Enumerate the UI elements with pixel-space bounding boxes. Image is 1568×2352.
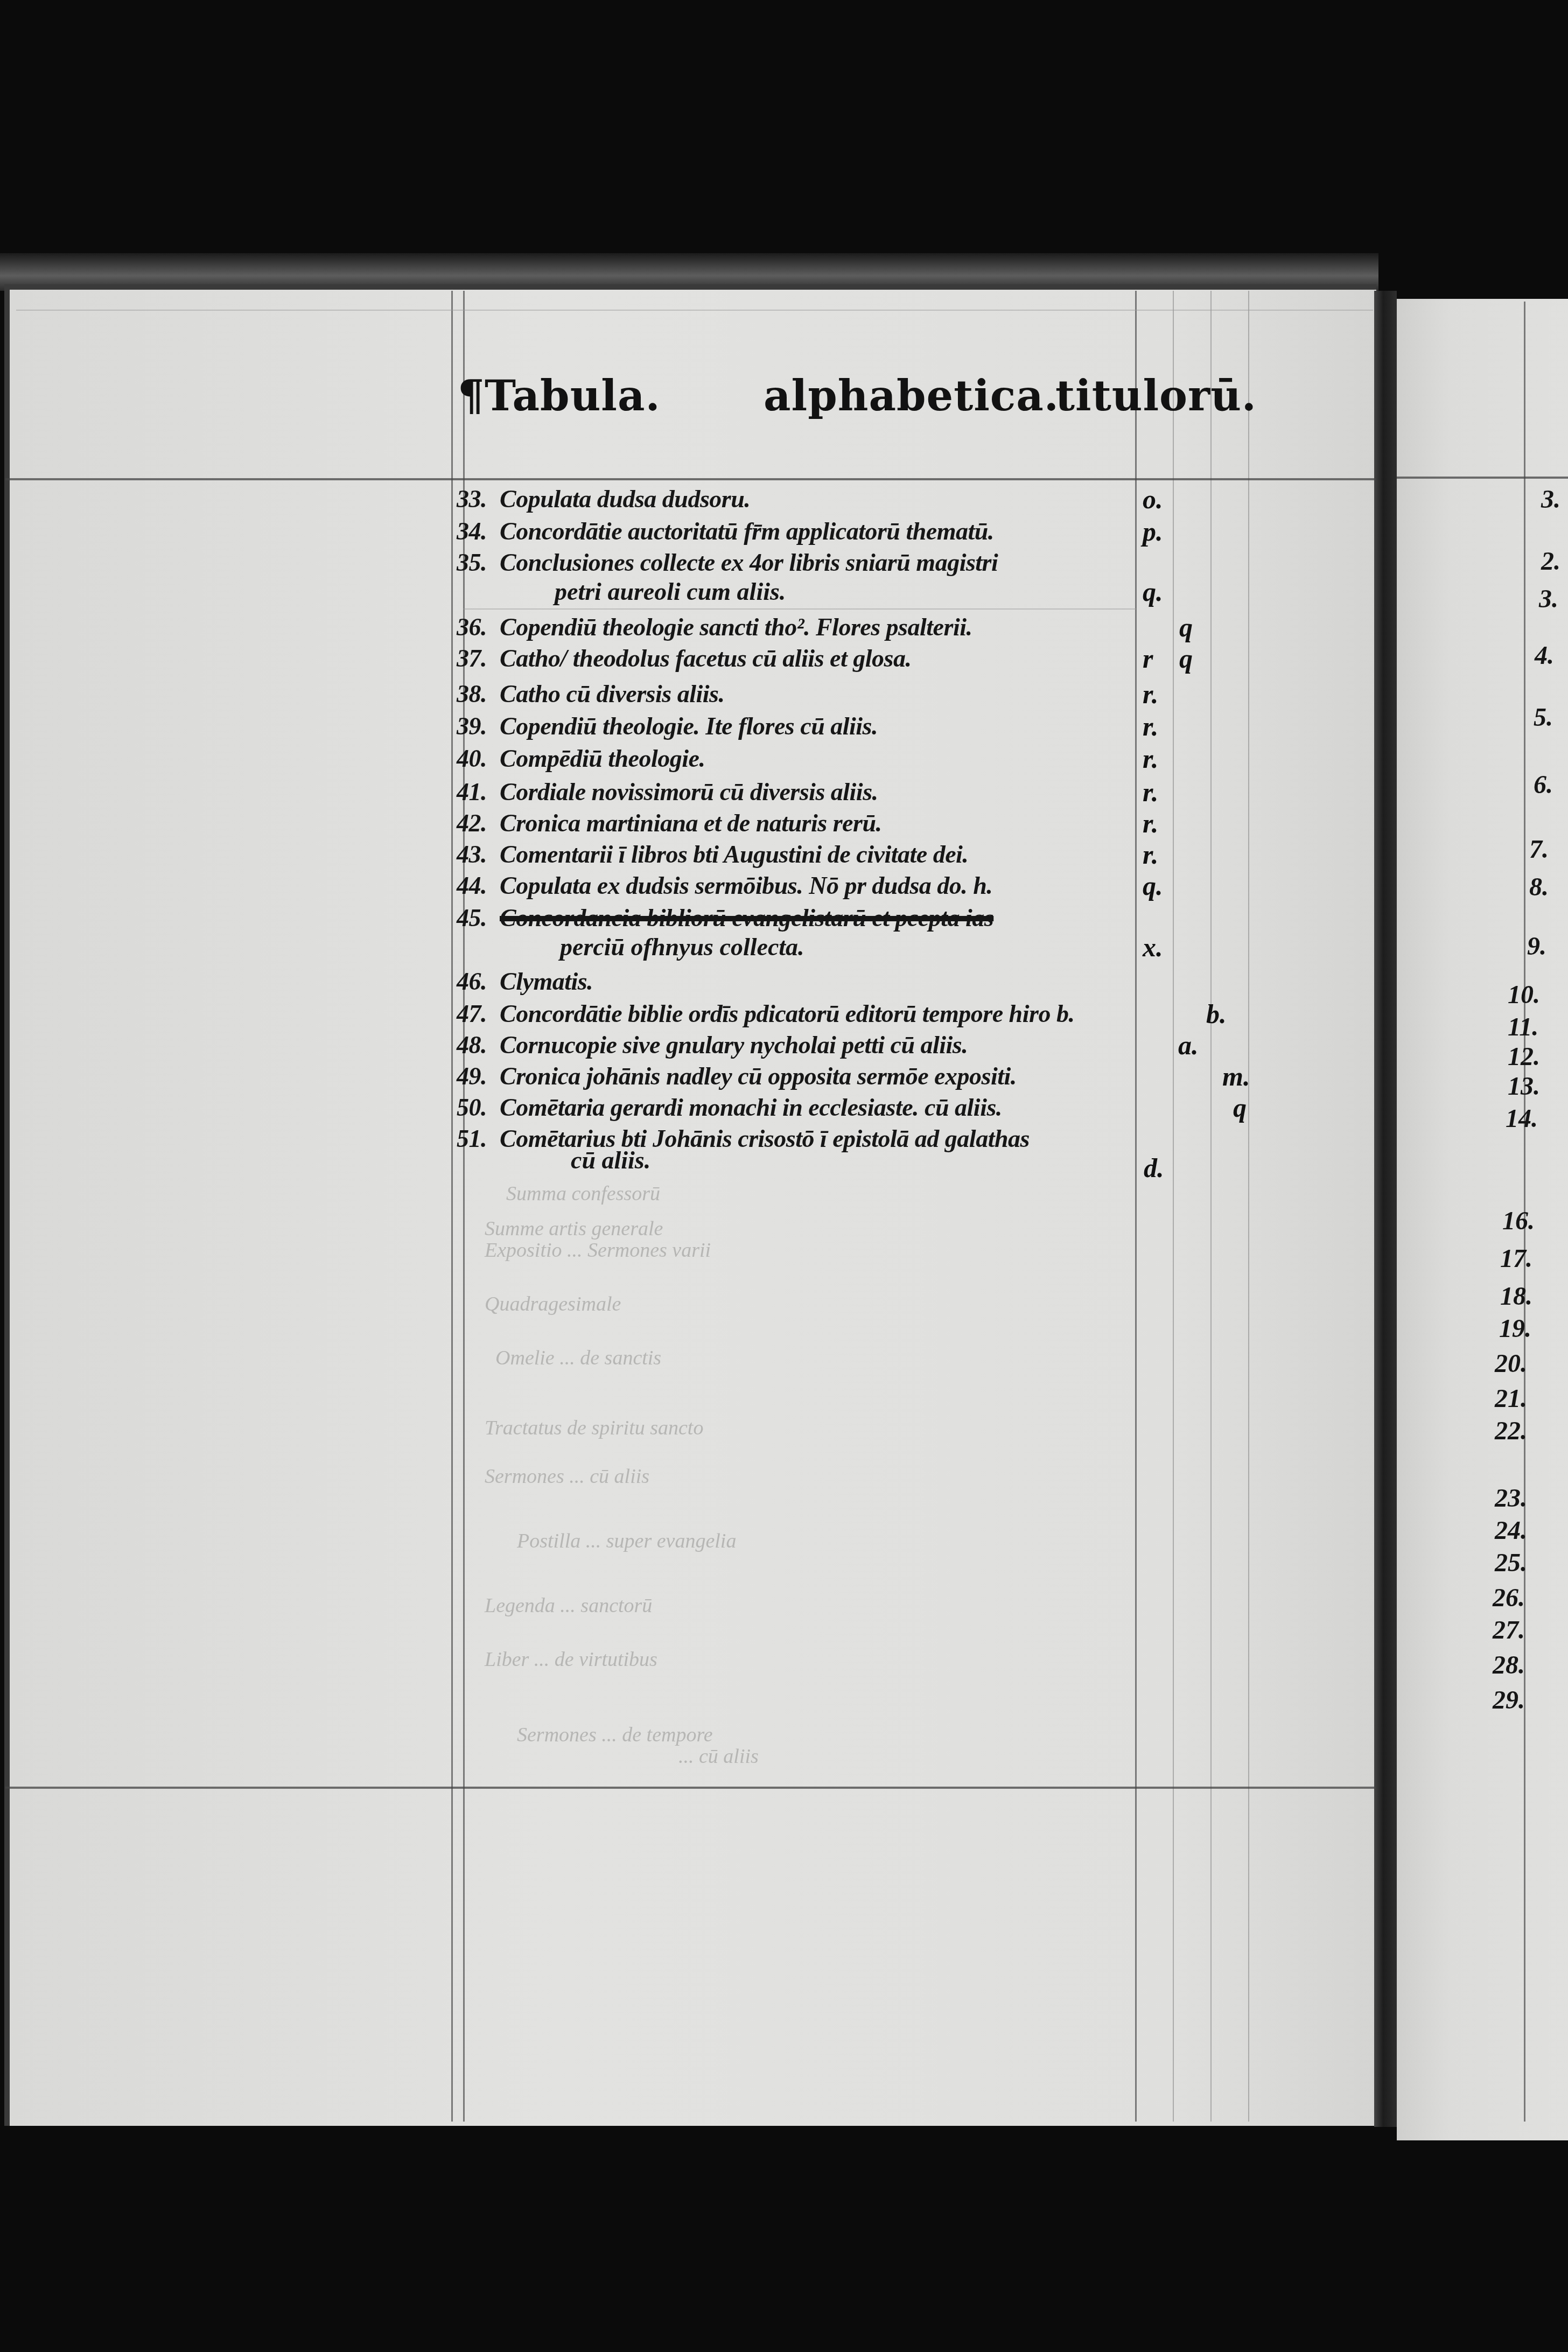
entry-continuation: petri aureoli cum aliis. — [555, 577, 786, 606]
entry-row: 33.Copulata dudsa dudsoru. — [457, 485, 750, 513]
entry-mark: r — [1143, 643, 1153, 674]
entry-mark: a. — [1178, 1030, 1199, 1061]
entry-continuation: perciū ofhnyus collecta. — [560, 933, 804, 961]
facing-page-number: 14. — [1506, 1104, 1538, 1133]
facing-page-number: 21. — [1495, 1384, 1527, 1413]
right-page-header-line — [1397, 477, 1568, 479]
facing-page-number: 10. — [1508, 980, 1540, 1010]
facing-page-number: 26. — [1493, 1583, 1525, 1613]
entry-mark: r. — [1143, 711, 1158, 742]
entry-row: 36.Copendiū theologie sancti tho². Flore… — [457, 613, 972, 641]
facing-page-number: 23. — [1495, 1483, 1527, 1513]
ruling-vertical-outer-2 — [1248, 291, 1249, 2122]
entry-mark: r. — [1143, 808, 1158, 839]
show-through-text: Summe artis generale — [485, 1217, 663, 1241]
entry-secondary-mark: m. — [1222, 1061, 1250, 1092]
facing-page-number: 25. — [1495, 1548, 1527, 1578]
facing-page-number: 22. — [1495, 1416, 1527, 1446]
facing-page-number: 24. — [1495, 1516, 1527, 1545]
show-through-text: Omelie ... de sanctis — [495, 1346, 661, 1370]
entry-row: 46.Clymatis. — [457, 967, 593, 996]
entry-mark: r. — [1143, 678, 1158, 710]
entry-mark: x. — [1143, 932, 1163, 963]
entry-row: 39.Copendiū theologie. Ite flores cū ali… — [457, 712, 878, 740]
ruling-vertical-outer-1 — [1210, 291, 1212, 2122]
ruling-header-line — [5, 478, 1376, 480]
ruling-vertical-mark-column-right — [1173, 291, 1174, 2122]
facing-page-number: 29. — [1493, 1685, 1525, 1715]
entry-row: 34.Concordātie auctoritatū fr̄m applicat… — [457, 517, 994, 545]
entry-row: 40.Compēdiū theologie. — [457, 744, 705, 773]
entry-row: 48.Cornucopie sive gnulary nycholai pett… — [457, 1031, 968, 1059]
facing-page-number: 17. — [1500, 1244, 1532, 1273]
facing-page-number: 6. — [1534, 770, 1553, 800]
entry-secondary-mark: q — [1179, 643, 1193, 674]
facing-page-number: 2. — [1541, 547, 1560, 576]
facing-page-number: 3. — [1539, 584, 1558, 614]
ruling-vertical-mark-column-left — [1135, 291, 1137, 2122]
show-through-text: Legenda ... sanctorū — [485, 1594, 652, 1618]
facing-page-number: 18. — [1500, 1282, 1532, 1311]
entry-continuation: cū aliis. — [571, 1146, 650, 1174]
heading-titulorum: titulorū. — [1055, 372, 1257, 421]
show-through-text: Sermones ... cū aliis — [485, 1465, 649, 1488]
entry-row: 50.Comētaria gerardi monachi in ecclesia… — [457, 1093, 1002, 1122]
heading-pilcrow: ¶ — [458, 372, 485, 421]
entry-row: 37.Catho/ theodolus facetus cū aliis et … — [457, 644, 911, 673]
entry-mark: r. — [1143, 839, 1158, 870]
entry-row: 49.Cronica johānis nadley cū opposita se… — [457, 1062, 1017, 1090]
entry-row: 51.Comētarius bti Johānis crisostō ī epi… — [457, 1124, 1030, 1153]
facing-page-number: 16. — [1502, 1206, 1535, 1236]
entry-mark: r. — [1143, 776, 1158, 808]
heading-alphabetica: alphabetica. — [764, 372, 1059, 421]
entry-mark: p. — [1143, 516, 1163, 547]
entry-row-struck: 45.Concordancia bibliorū evangelistarū e… — [457, 904, 993, 932]
facing-page-number: 28. — [1493, 1650, 1525, 1680]
entry-mark: o. — [1143, 484, 1163, 515]
facing-page-number: 3. — [1541, 485, 1560, 514]
show-through-text: Postilla ... super evangelia — [517, 1529, 736, 1553]
ruling-top-line — [16, 310, 1373, 311]
entry-mark: q. — [1143, 576, 1163, 607]
facing-page-number: 7. — [1529, 835, 1549, 864]
show-through-text: Sermones ... de tempore — [517, 1723, 713, 1747]
facing-page-number: 5. — [1534, 703, 1553, 732]
entry-row: 38.Catho cū diversis aliis. — [457, 680, 724, 708]
entry-row: 43.Comentarii ī libros bti Augustini de … — [457, 840, 968, 869]
facing-page-number: 27. — [1493, 1615, 1525, 1645]
entry-row: 47.Concordātie biblie ordīs pdicatorū ed… — [457, 999, 1074, 1028]
entry-mark: q. — [1143, 870, 1163, 901]
facing-page-number: 19. — [1499, 1314, 1531, 1343]
entry-mark: b. — [1206, 998, 1227, 1030]
facing-page-number: 9. — [1527, 932, 1546, 961]
show-through-text: Summa confessorū — [506, 1182, 660, 1206]
ruling-vertical-number-column-left — [451, 291, 453, 2122]
facing-page-number: 4. — [1535, 641, 1554, 670]
facing-page-number: 20. — [1495, 1349, 1527, 1378]
facing-page-number: 12. — [1508, 1042, 1540, 1072]
facing-page-number: 8. — [1529, 872, 1549, 902]
entry-secondary-mark: q — [1233, 1092, 1247, 1123]
show-through-text: Liber ... de virtutibus — [485, 1648, 657, 1671]
show-through-text: ... cū aliis — [678, 1745, 759, 1768]
entry-mark: r. — [1143, 743, 1158, 774]
entry-row: 44.Copulata ex dudsis sermōibus. Nō pr d… — [457, 871, 992, 900]
entry-row: 41.Cordiale novissimorū cū diversis alii… — [457, 778, 878, 806]
heading-tabula: Tabula. — [485, 372, 661, 421]
facing-page-number: 13. — [1508, 1072, 1540, 1101]
entry-secondary-mark: q — [1179, 612, 1193, 643]
book-gutter — [1374, 291, 1397, 2127]
entry-row: 35.Conclusiones collecte ex 4or libris s… — [457, 548, 998, 577]
facing-page-number: 11. — [1508, 1012, 1538, 1042]
ruling-bottom-line — [5, 1787, 1376, 1789]
show-through-text: Expositio ... Sermones varii — [485, 1238, 711, 1262]
show-through-text: Quadragesimale — [485, 1292, 621, 1316]
ruling-entry-separator — [463, 608, 1136, 610]
show-through-text: Tractatus de spiritu sancto — [485, 1416, 703, 1440]
entry-row: 42.Cronica martiniana et de naturis rerū… — [457, 809, 882, 837]
entry-mark: d. — [1144, 1152, 1164, 1184]
